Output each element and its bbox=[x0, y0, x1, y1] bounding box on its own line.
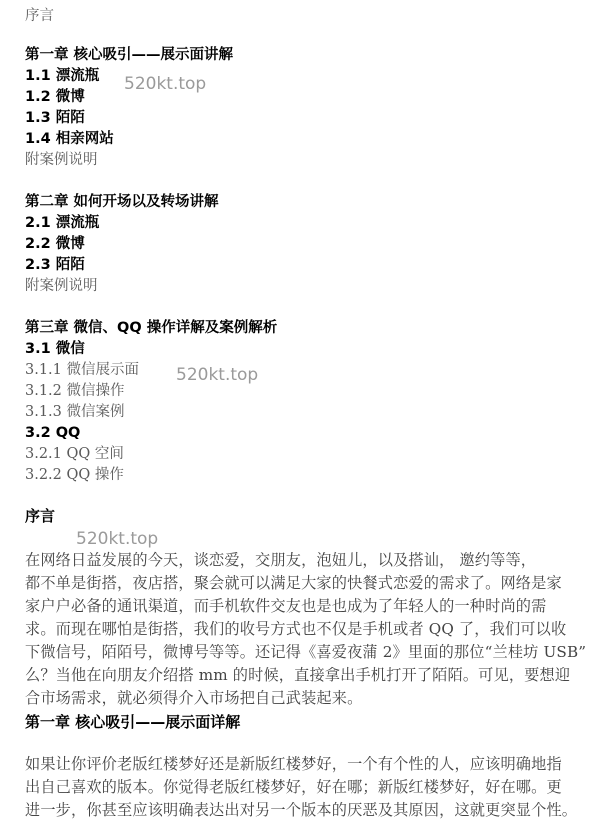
paragraph-line: 求。而现在哪怕是街搭，我们的收号方式也不仅是手机或者 QQ 了，我们可以收 bbox=[25, 618, 579, 641]
paragraph-line: 出自己喜欢的版本。你觉得老版红楼梦好，好在哪；新版红楼梦好，好在哪。更 bbox=[25, 776, 579, 799]
watermark-text: 520kt.top bbox=[76, 529, 158, 549]
paragraph-line: 下微信号，陌陌号，微博号等等。还记得《喜爱夜蒲 2》里面的那位“兰桂坊 USB” bbox=[25, 641, 579, 664]
toc-section-2-2: 2.2 微博 bbox=[25, 234, 85, 255]
watermark-text: 520kt.top bbox=[176, 365, 258, 385]
toc-subsection-3-2-1: 3.2.1 QQ 空间 bbox=[25, 444, 124, 465]
paragraph-line: 进一步，你甚至应该明确表达出对另一个版本的厌恶及其原因，这就更突显个性。 bbox=[25, 799, 579, 822]
toc-section-2-1: 2.1 漂流瓶 bbox=[25, 213, 99, 234]
toc-section-1-2: 1.2 微博 bbox=[25, 87, 85, 108]
paragraph-line: 都不单是街搭，夜店搭，聚会就可以满足大家的快餐式恋爱的需求了。网络是家 bbox=[25, 572, 579, 595]
preface-heading: 序言 bbox=[25, 506, 55, 527]
toc-section-3-1: 3.1 微信 bbox=[25, 339, 85, 360]
toc-chapter-2-title: 第二章 如何开场以及转场讲解 bbox=[25, 192, 219, 213]
paragraph-line: 如果让你评价老版红楼梦好还是新版红楼梦好，一个有个性的人，应该明确地指 bbox=[25, 753, 579, 776]
toc-section-1-3: 1.3 陌陌 bbox=[25, 108, 85, 129]
paragraph-line: 在网络日益发展的今天，谈恋爱，交朋友，泡妞儿，以及搭讪， 邀约等等， bbox=[25, 549, 579, 572]
toc-chapter-1-appendix: 附案例说明 bbox=[25, 150, 98, 171]
toc-preface: 序言 bbox=[25, 6, 54, 27]
toc-chapter-1-title: 第一章 核心吸引——展示面讲解 bbox=[25, 45, 233, 66]
paragraph-line: 合市场需求，就必须得介入市场把自己武装起来。 bbox=[25, 687, 579, 710]
toc-chapter-2-appendix: 附案例说明 bbox=[25, 276, 98, 297]
toc-section-3-2: 3.2 QQ bbox=[25, 423, 80, 444]
toc-subsection-3-2-2: 3.2.2 QQ 操作 bbox=[25, 465, 124, 486]
toc-section-1-1: 1.1 漂流瓶 bbox=[25, 66, 99, 87]
chapter-1-heading: 第一章 核心吸引——展示面详解 bbox=[25, 712, 240, 733]
watermark-text: 520kt.top bbox=[124, 74, 206, 94]
toc-subsection-3-1-3: 3.1.3 微信案例 bbox=[25, 402, 125, 423]
toc-subsection-3-1-1: 3.1.1 微信展示面 bbox=[25, 360, 139, 381]
paragraph-line: 么？当他在向朋友介绍搭 mm 的时候，直接拿出手机打开了陌陌。可见，要想迎 bbox=[25, 664, 579, 687]
paragraph-line: 家户户必备的通讯渠道，而手机软件交友也是也成为了年轻人的一种时尚的需 bbox=[25, 595, 579, 618]
toc-section-2-3: 2.3 陌陌 bbox=[25, 255, 85, 276]
toc-subsection-3-1-2: 3.1.2 微信操作 bbox=[25, 381, 125, 402]
toc-section-1-4: 1.4 相亲网站 bbox=[25, 129, 114, 150]
toc-chapter-3-title: 第三章 微信、QQ 操作详解及案例解析 bbox=[25, 318, 277, 339]
